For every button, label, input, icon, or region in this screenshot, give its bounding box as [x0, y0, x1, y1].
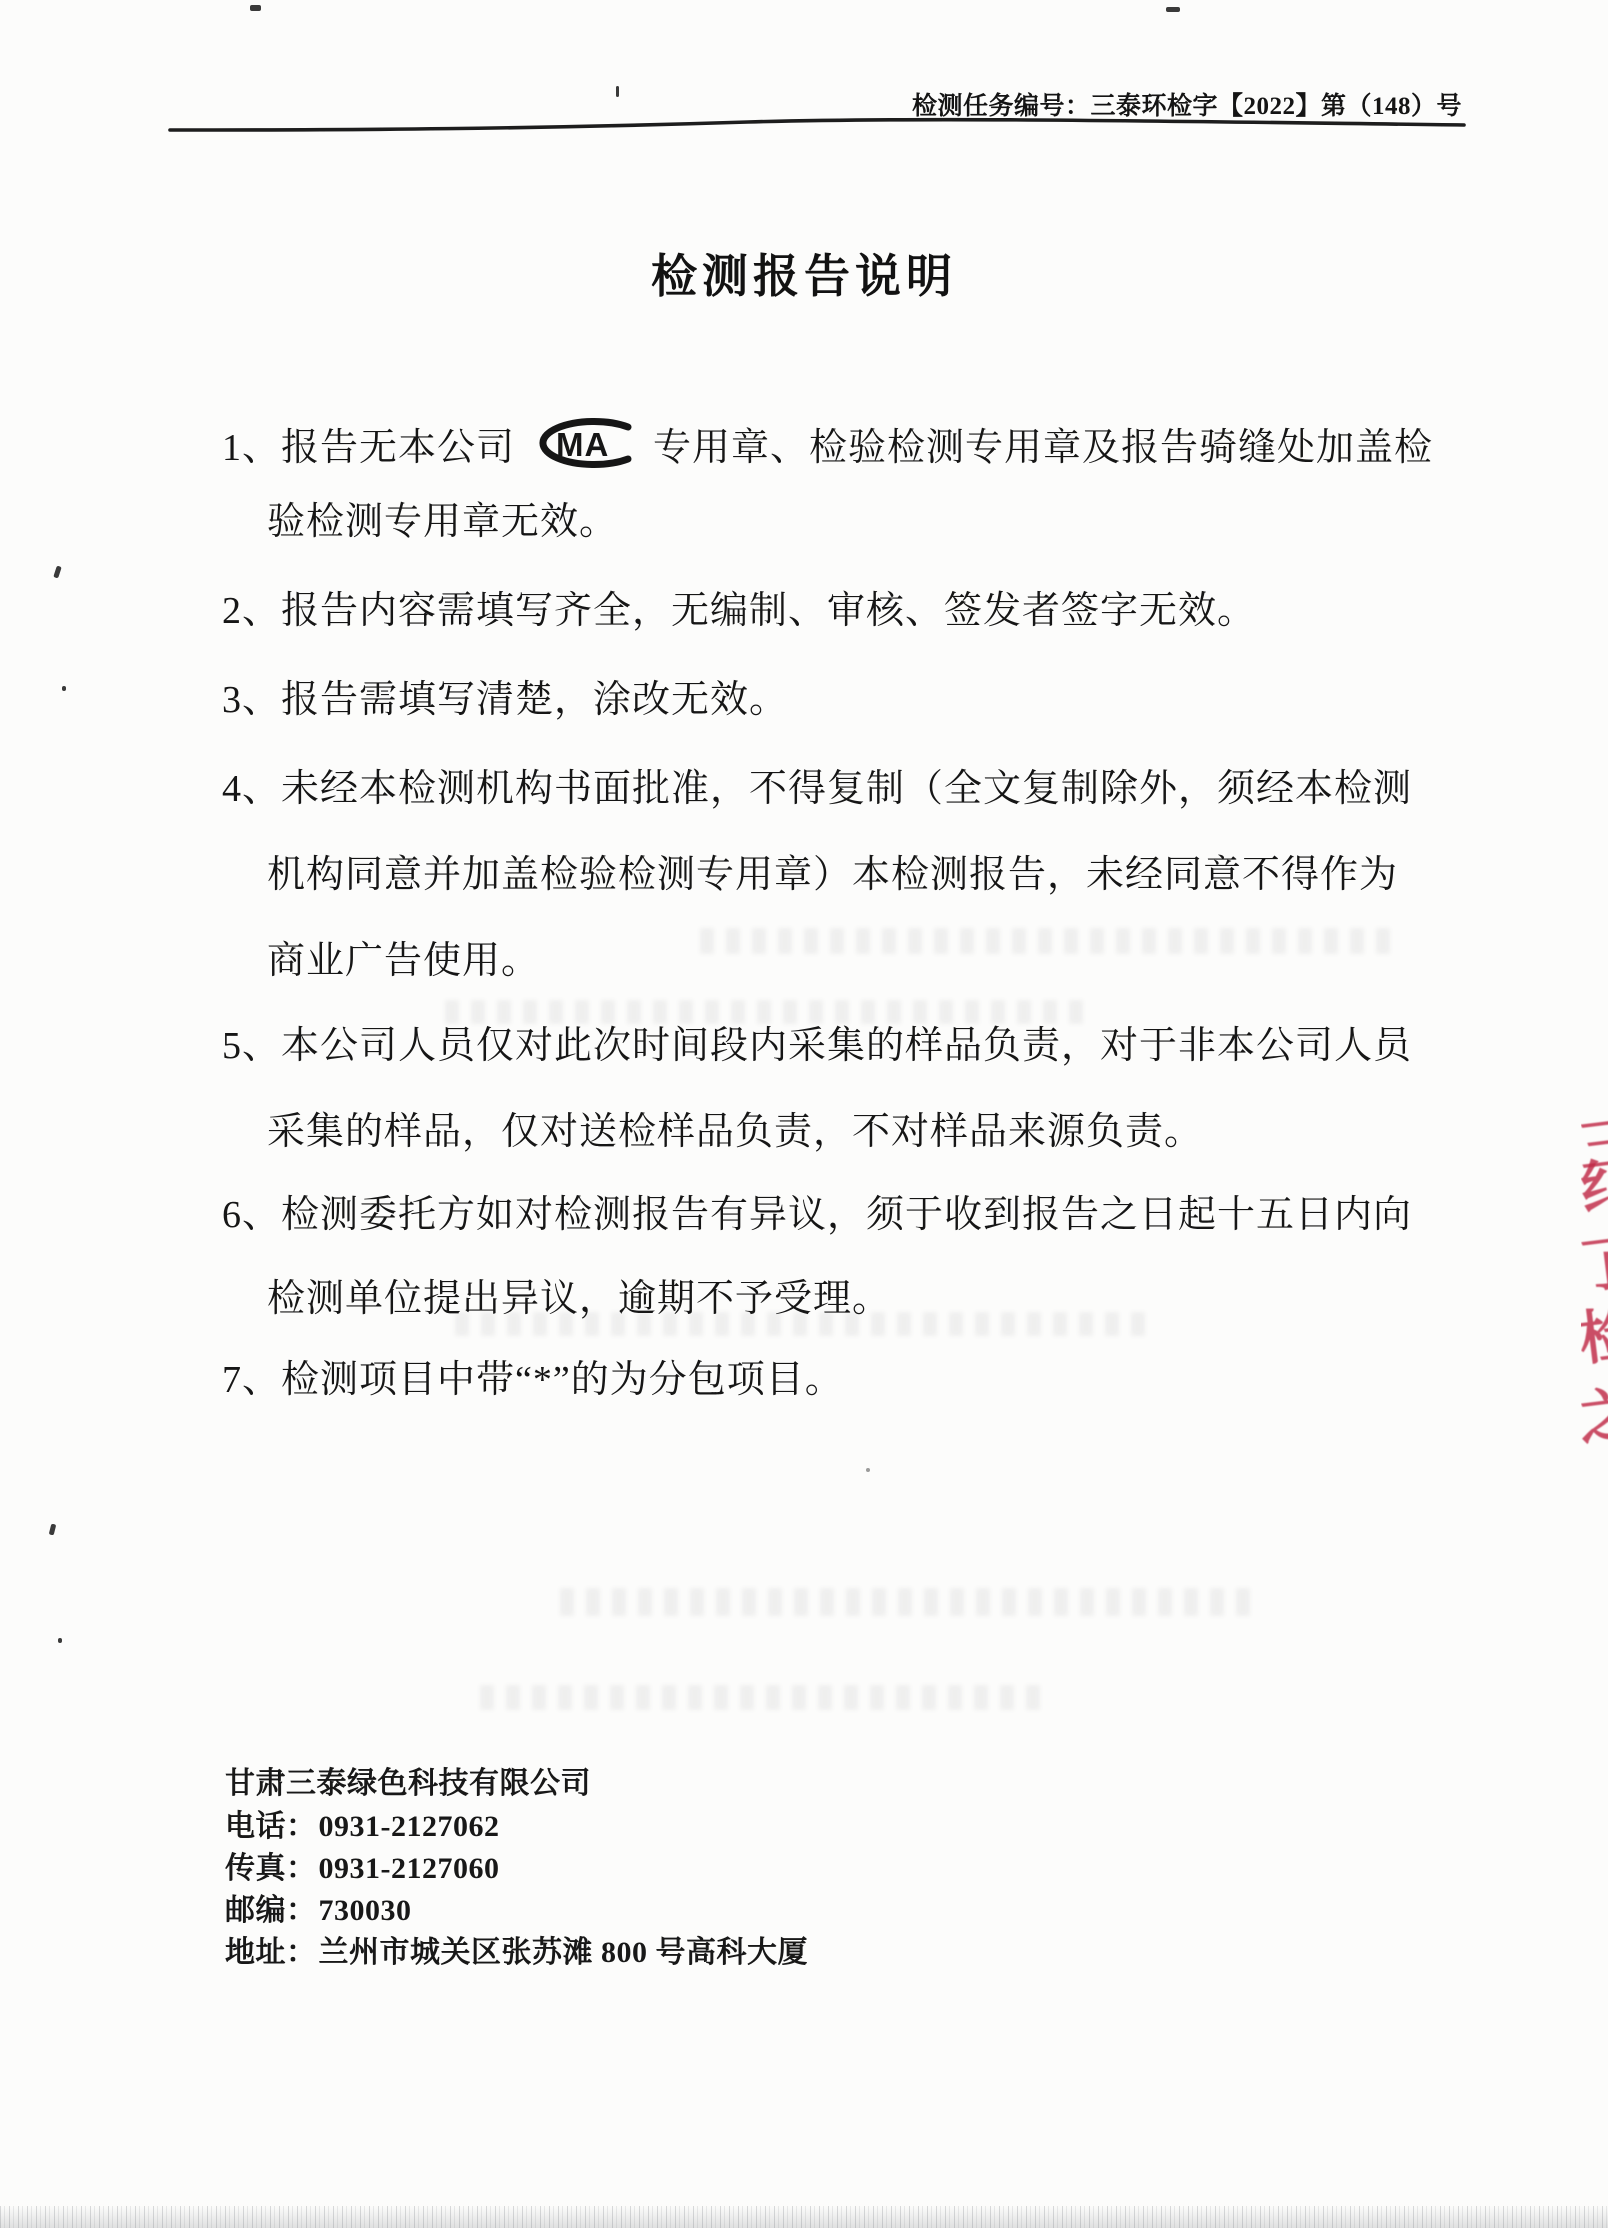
scan-artifact — [445, 1000, 1085, 1024]
cma-mark-icon: MA — [529, 416, 641, 470]
note-5-number: 5、 — [222, 1024, 281, 1068]
scan-speck — [1166, 7, 1180, 12]
report-notes-page: 检测任务编号：三泰环检字【2022】第（148）号 检测报告说明 1、报告无本公… — [0, 0, 1608, 2228]
note-3-line-1: 3、报告需填写清楚，涂改无效。 — [222, 678, 788, 722]
note-5-line-1: 5、本公司人员仅对此次时间段内采集的样品负责，对于非本公司人员 — [222, 1024, 1412, 1068]
header-rule — [168, 116, 1468, 138]
postcode-row: 邮编：730030 — [225, 1885, 412, 1929]
fax-row: 传真：0931-2127060 — [225, 1843, 500, 1887]
phone-row: 电话：0931-2127062 — [225, 1801, 500, 1845]
scan-edge-shadow — [0, 2206, 1608, 2228]
seal-glyph-icon: 纟 — [1581, 1155, 1608, 1220]
note-4-line-2: 机构同意并加盖检验检测专用章）本检测报告，未经同意不得作为 — [267, 853, 1398, 897]
note-1-text-post: 专用章、检验检测专用章及报告骑缝处加盖检 — [653, 427, 1433, 469]
phone-value: 0931-2127062 — [319, 1810, 500, 1843]
seal-glyph-icon: 了 — [1581, 1233, 1608, 1298]
note-1-text-pre: 报告无本公司 — [281, 427, 515, 469]
scan-speck — [58, 1638, 62, 1643]
address-row: 地址：兰州市城关区张苏滩 800 号高科大厦 — [225, 1927, 808, 1971]
note-7-text: 检测项目中带“*”的为分包项目。 — [281, 1359, 844, 1401]
note-1-line-1: 1、报告无本公司 MA 专用章、检验检测专用章及报告骑缝处加盖检 — [222, 416, 1433, 470]
note-4-line-3: 商业广告使用。 — [267, 939, 540, 983]
note-2-line-1: 2、报告内容需填写齐全，无编制、审核、签发者签字无效。 — [222, 589, 1256, 633]
note-5-text-1: 本公司人员仅对此次时间段内采集的样品负责，对于非本公司人员 — [281, 1025, 1412, 1067]
note-7-number: 7、 — [222, 1358, 281, 1402]
scan-speck — [250, 5, 261, 11]
note-6-number: 6、 — [222, 1193, 281, 1237]
svg-text:MA: MA — [556, 426, 609, 463]
red-seal-fragment: 三 纟 了 检 之 — [1581, 1112, 1608, 1457]
seal-glyph-icon: 之 — [1581, 1385, 1608, 1450]
page-title: 检测报告说明 — [0, 240, 1608, 306]
fax-label: 传真： — [225, 1852, 317, 1885]
fax-value: 0931-2127060 — [319, 1852, 500, 1885]
note-6-text-1: 检测委托方如对检测报告有异议，须于收到报告之日起十五日内向 — [281, 1194, 1412, 1236]
scan-speck — [49, 1524, 57, 1536]
phone-label: 电话： — [225, 1810, 317, 1843]
note-3-text: 报告需填写清楚，涂改无效。 — [281, 679, 788, 721]
address-label: 地址： — [225, 1936, 317, 1969]
scan-artifact — [455, 1312, 1145, 1336]
note-4-number: 4、 — [222, 767, 281, 811]
scan-artifact — [700, 928, 1390, 954]
scan-artifact — [560, 1588, 1260, 1616]
address-value: 兰州市城关区张苏滩 800 号高科大厦 — [319, 1936, 809, 1969]
postcode-label: 邮编： — [225, 1894, 317, 1927]
note-6-line-1: 6、检测委托方如对检测报告有异议，须于收到报告之日起十五日内向 — [222, 1193, 1412, 1237]
scan-speck — [53, 566, 61, 579]
scan-speck — [616, 86, 619, 97]
scan-speck — [866, 1468, 870, 1472]
seal-glyph-icon: 检 — [1581, 1305, 1608, 1370]
scan-speck — [62, 686, 66, 691]
note-5-line-2: 采集的样品，仅对送检样品负责，不对样品来源负责。 — [267, 1110, 1203, 1154]
company-name: 甘肃三泰绿色科技有限公司 — [225, 1758, 591, 1802]
note-1-line-2: 验检测专用章无效。 — [267, 500, 618, 544]
postcode-value: 730030 — [319, 1894, 412, 1927]
note-7-line-1: 7、检测项目中带“*”的为分包项目。 — [222, 1358, 844, 1402]
note-2-text: 报告内容需填写齐全，无编制、审核、签发者签字无效。 — [281, 590, 1256, 632]
note-4-text-1: 未经本检测机构书面批准，不得复制（全文复制除外，须经本检测 — [281, 768, 1412, 810]
note-4-line-1: 4、未经本检测机构书面批准，不得复制（全文复制除外，须经本检测 — [222, 767, 1412, 811]
scan-artifact — [480, 1685, 1040, 1710]
note-2-number: 2、 — [222, 589, 281, 633]
note-3-number: 3、 — [222, 678, 281, 722]
note-1-number: 1、 — [222, 426, 281, 470]
